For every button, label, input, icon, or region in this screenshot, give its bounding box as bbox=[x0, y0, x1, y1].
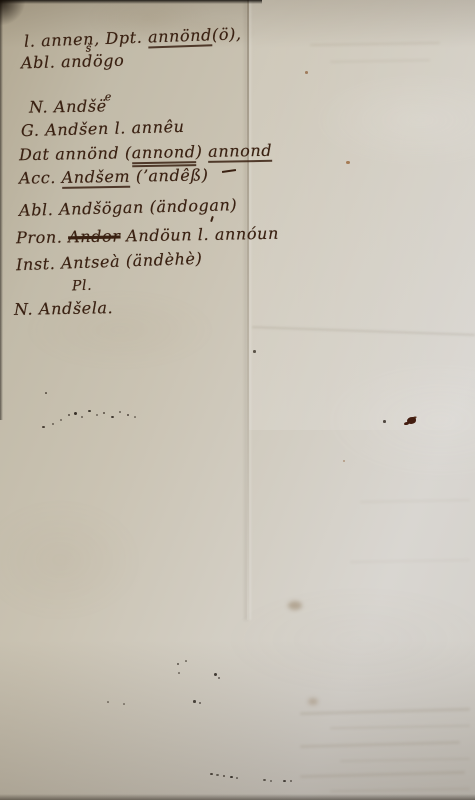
underlined-word: annönd bbox=[148, 25, 213, 48]
photo-edge-bottom bbox=[0, 794, 475, 800]
foxing-speck bbox=[346, 161, 350, 164]
line-text: Abl. Andšögan (ändogan) bbox=[19, 195, 238, 220]
ink-dot bbox=[383, 420, 386, 423]
underlined-word: annond bbox=[208, 141, 272, 163]
manuscript-line-plural-header: Pl. bbox=[72, 278, 93, 295]
ink-dot bbox=[253, 350, 256, 353]
paper-stain bbox=[308, 698, 318, 705]
line-text: G. Andšen l. annêu bbox=[21, 117, 185, 140]
line-text: Acc. bbox=[19, 168, 62, 188]
manuscript-line: Dat annönd (annond) annond bbox=[19, 141, 272, 164]
manuscript-photo: l. annen, Dpt. annönd(ö), š Abl. andögo … bbox=[0, 0, 475, 800]
struck-word: Andor bbox=[68, 226, 121, 246]
photo-edge-top bbox=[0, 0, 262, 4]
manuscript-line: N. Andšë e bbox=[29, 96, 107, 116]
photo-corner-shadow bbox=[0, 0, 26, 26]
foxing-speck bbox=[343, 460, 345, 462]
line-text: (ö), bbox=[212, 24, 242, 44]
line-text: Pron. bbox=[16, 227, 68, 247]
superscript-letter: š bbox=[85, 41, 92, 54]
line-text: Pl. bbox=[72, 278, 93, 295]
manuscript-line: N. Andšela. bbox=[14, 298, 114, 319]
manuscript-line: š Abl. andögo bbox=[21, 51, 125, 73]
manuscript-line: l. annen, Dpt. annönd(ö), bbox=[24, 24, 242, 51]
line-text: go bbox=[103, 51, 125, 71]
underlined-word: Andšem bbox=[61, 167, 130, 189]
manuscript-line: Abl. Andšögan (ändogan) bbox=[19, 195, 238, 220]
manuscript-line: Pron. Andor Andöun l. annóun bbox=[16, 224, 279, 248]
foxing-speck bbox=[305, 71, 308, 74]
line-text: Dat annönd ( bbox=[19, 143, 132, 164]
double-underlined-word: annond bbox=[132, 142, 196, 167]
manuscript-line: Acc. Andšem (ʼandêß) bbox=[19, 165, 209, 187]
paper-stain bbox=[288, 601, 302, 610]
photo-edge-left bbox=[0, 0, 3, 420]
line-text: Inst. Antseà (ändèhè) bbox=[16, 249, 203, 274]
handwriting-block: l. annen, Dpt. annönd(ö), š Abl. andögo … bbox=[0, 0, 475, 800]
line-text: (ʼandêß) bbox=[130, 165, 209, 185]
pen-dash-mark bbox=[222, 169, 236, 173]
line-text: ) bbox=[196, 142, 209, 161]
line-text: N. Andšë bbox=[29, 96, 107, 116]
line-text: Andöun l. annóun bbox=[120, 224, 279, 246]
superscript-letter: e bbox=[105, 90, 112, 103]
manuscript-line: G. Andšen l. annêu bbox=[21, 117, 185, 140]
stray-comma-mark bbox=[210, 216, 214, 222]
line-text: N. Andšela. bbox=[14, 298, 114, 319]
manuscript-line: Inst. Antseà (ändèhè) bbox=[16, 249, 203, 274]
